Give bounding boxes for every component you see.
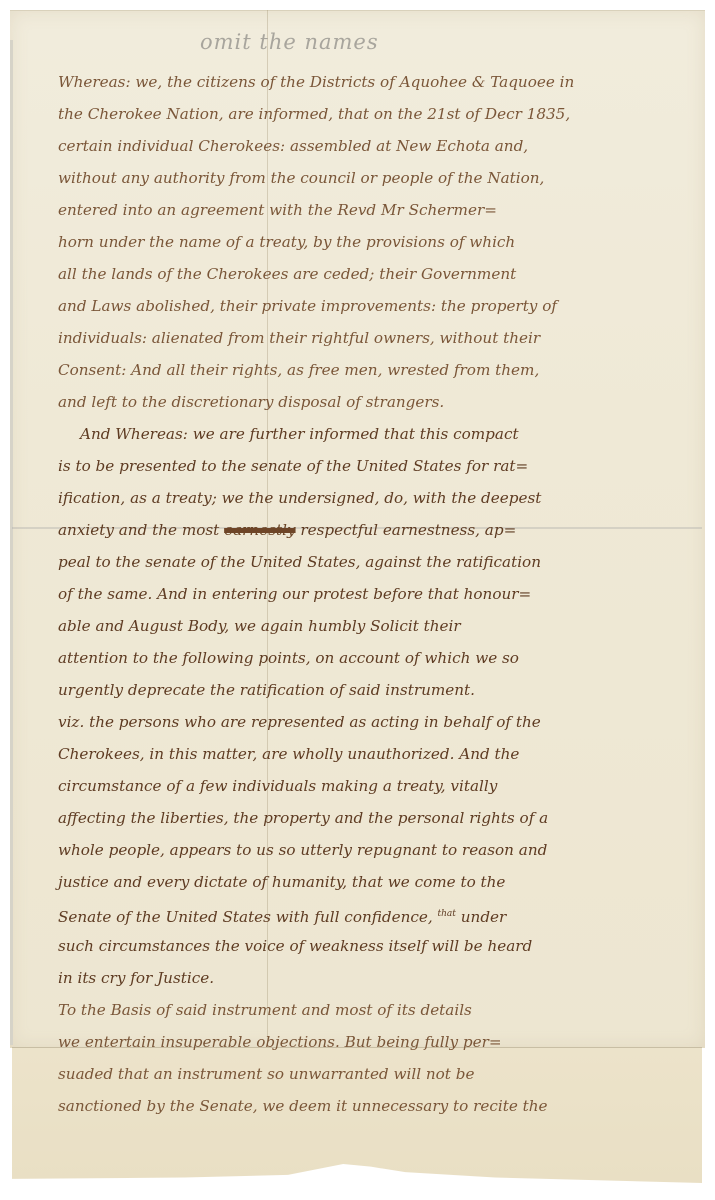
text-line: such circumstances the voice of weakness… — [58, 930, 690, 962]
text-line: horn under the name of a treaty, by the … — [58, 226, 690, 258]
text-segment: respectful earnestness, ap= — [300, 521, 516, 539]
text-line: individuals: alienated from their rightf… — [58, 322, 690, 354]
text-segment: anxiety and the most — [58, 521, 219, 539]
text-line: justice and every dictate of humanity, t… — [58, 866, 690, 898]
text-line: able and August Body, we again humbly So… — [58, 610, 690, 642]
text-line: Senate of the United States with full co… — [58, 898, 690, 930]
text-line: affecting the liberties, the property an… — [58, 802, 690, 834]
text-line: viz. the persons who are represented as … — [58, 706, 690, 738]
text-line: and left to the discretionary disposal o… — [58, 386, 690, 418]
text-line: peal to the senate of the United States,… — [58, 546, 690, 578]
text-segment: Senate of the United States with full co… — [58, 908, 433, 926]
text-line: urgently deprecate the ratification of s… — [58, 674, 690, 706]
text-line: we entertain insuperable objections. But… — [58, 1026, 690, 1058]
text-line: of the same. And in entering our protest… — [58, 578, 690, 610]
text-line: all the lands of the Cherokees are ceded… — [58, 258, 690, 290]
interlineation: that — [438, 909, 456, 919]
text-line: attention to the following points, on ac… — [58, 642, 690, 674]
text-line: And Whereas: we are further informed tha… — [58, 418, 690, 450]
text-line: ification, as a treaty; we the undersign… — [58, 482, 690, 514]
text-line: and Laws abolished, their private improv… — [58, 290, 690, 322]
text-line: whole people, appears to us so utterly r… — [58, 834, 690, 866]
text-line: certain individual Cherokees: assembled … — [58, 130, 690, 162]
text-line: Consent: And all their rights, as free m… — [58, 354, 690, 386]
text-line: Cherokees, in this matter, are wholly un… — [58, 738, 690, 770]
page-edge-shadow — [10, 40, 13, 1045]
text-line: circumstance of a few individuals making… — [58, 770, 690, 802]
manuscript-text: Whereas: we, the citizens of the Distric… — [58, 66, 690, 1122]
text-line: in its cry for Justice. — [58, 962, 690, 994]
struck-word: earnestly — [224, 521, 295, 539]
text-line: sanctioned by the Senate, we deem it unn… — [58, 1090, 690, 1122]
text-line: anxiety and the most earnestly respectfu… — [58, 514, 690, 546]
text-line: without any authority from the council o… — [58, 162, 690, 194]
text-segment: under — [461, 908, 507, 926]
text-line: the Cherokee Nation, are informed, that … — [58, 98, 690, 130]
text-line: entered into an agreement with the Revd … — [58, 194, 690, 226]
text-line: is to be presented to the senate of the … — [58, 450, 690, 482]
pencil-annotation: omit the names — [200, 30, 379, 54]
text-line: suaded that an instrument so unwarranted… — [58, 1058, 690, 1090]
text-line: To the Basis of said instrument and most… — [58, 994, 690, 1026]
text-line: Whereas: we, the citizens of the Distric… — [58, 66, 690, 98]
